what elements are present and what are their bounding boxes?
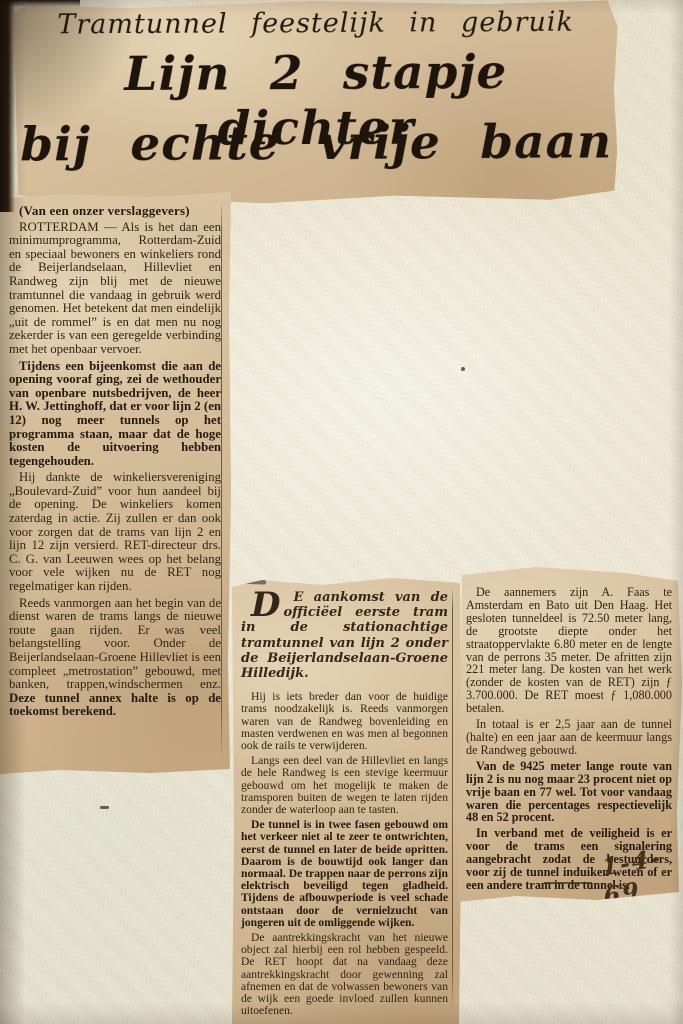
headline-clipping: Tramtunnel feestelijk in gebruik Lijn 2 …	[13, 0, 618, 210]
paragraph-bold: De tunnel is in twee fasen gebouwd om he…	[241, 819, 448, 929]
byline: (Van een onzer verslaggevers)	[9, 204, 221, 218]
kicker-headline: Tramtunnel feestelijk in gebruik	[14, 6, 618, 40]
main-headline-line2: bij echte vrije baan	[14, 114, 618, 172]
page-speck	[100, 806, 109, 809]
page-edge-shadow-left	[0, 0, 15, 212]
drop-cap: D	[241, 590, 283, 618]
article-column-right: De aannemers zijn A. Faas te Amsterdam e…	[456, 564, 682, 906]
article-column-middle: DE aankomst van de officiëel eerste tram…	[232, 576, 462, 1024]
paragraph: Hij is iets breder dan voor de huidige t…	[241, 691, 448, 752]
article-column-left: (Van een onzer verslaggevers) ROTTERDAM …	[0, 192, 231, 774]
paragraph: De aantrekkingskracht van het nieuwe obj…	[241, 932, 448, 1017]
page-edge-shadow-top	[0, 0, 80, 7]
paragraph-text: Reeds vanmorgen aan het begin van de die…	[9, 596, 221, 692]
paragraph: ROTTERDAM — Als is het dan een minimumpr…	[9, 221, 221, 357]
photo-caption: DE aankomst van de officiëel eerste tram…	[241, 590, 448, 681]
page-speck	[461, 367, 465, 371]
middle-column-text: DE aankomst van de officiëel eerste tram…	[232, 576, 462, 1024]
paragraph-bold: Van de 9425 meter lange route van lijn 2…	[466, 760, 672, 825]
paragraph-bold: Tijdens een bijeenkomst die aan de openi…	[9, 360, 221, 469]
paragraph: In totaal is er 2,5 jaar aan de tunnel (…	[466, 718, 672, 757]
end-of-article-dash	[544, 882, 592, 884]
left-column-text: (Van een onzer verslaggevers) ROTTERDAM …	[0, 192, 231, 774]
scrapbook-page: Tramtunnel feestelijk in gebruik Lijn 2 …	[0, 0, 683, 1024]
paragraph: Langs een deel van de Hillevliet en lang…	[241, 755, 448, 816]
paragraph: Reeds vanmorgen aan het begin van de die…	[9, 597, 221, 719]
paragraph: De aannemers zijn A. Faas te Amsterdam e…	[466, 586, 672, 715]
handwritten-date: 1-4-69	[601, 839, 683, 911]
paragraph-bold-tail: Deze tunnel annex halte is op de toekoms…	[9, 691, 221, 719]
paragraph: Hij dankte de winkeliersvereniging „Boul…	[9, 471, 221, 593]
